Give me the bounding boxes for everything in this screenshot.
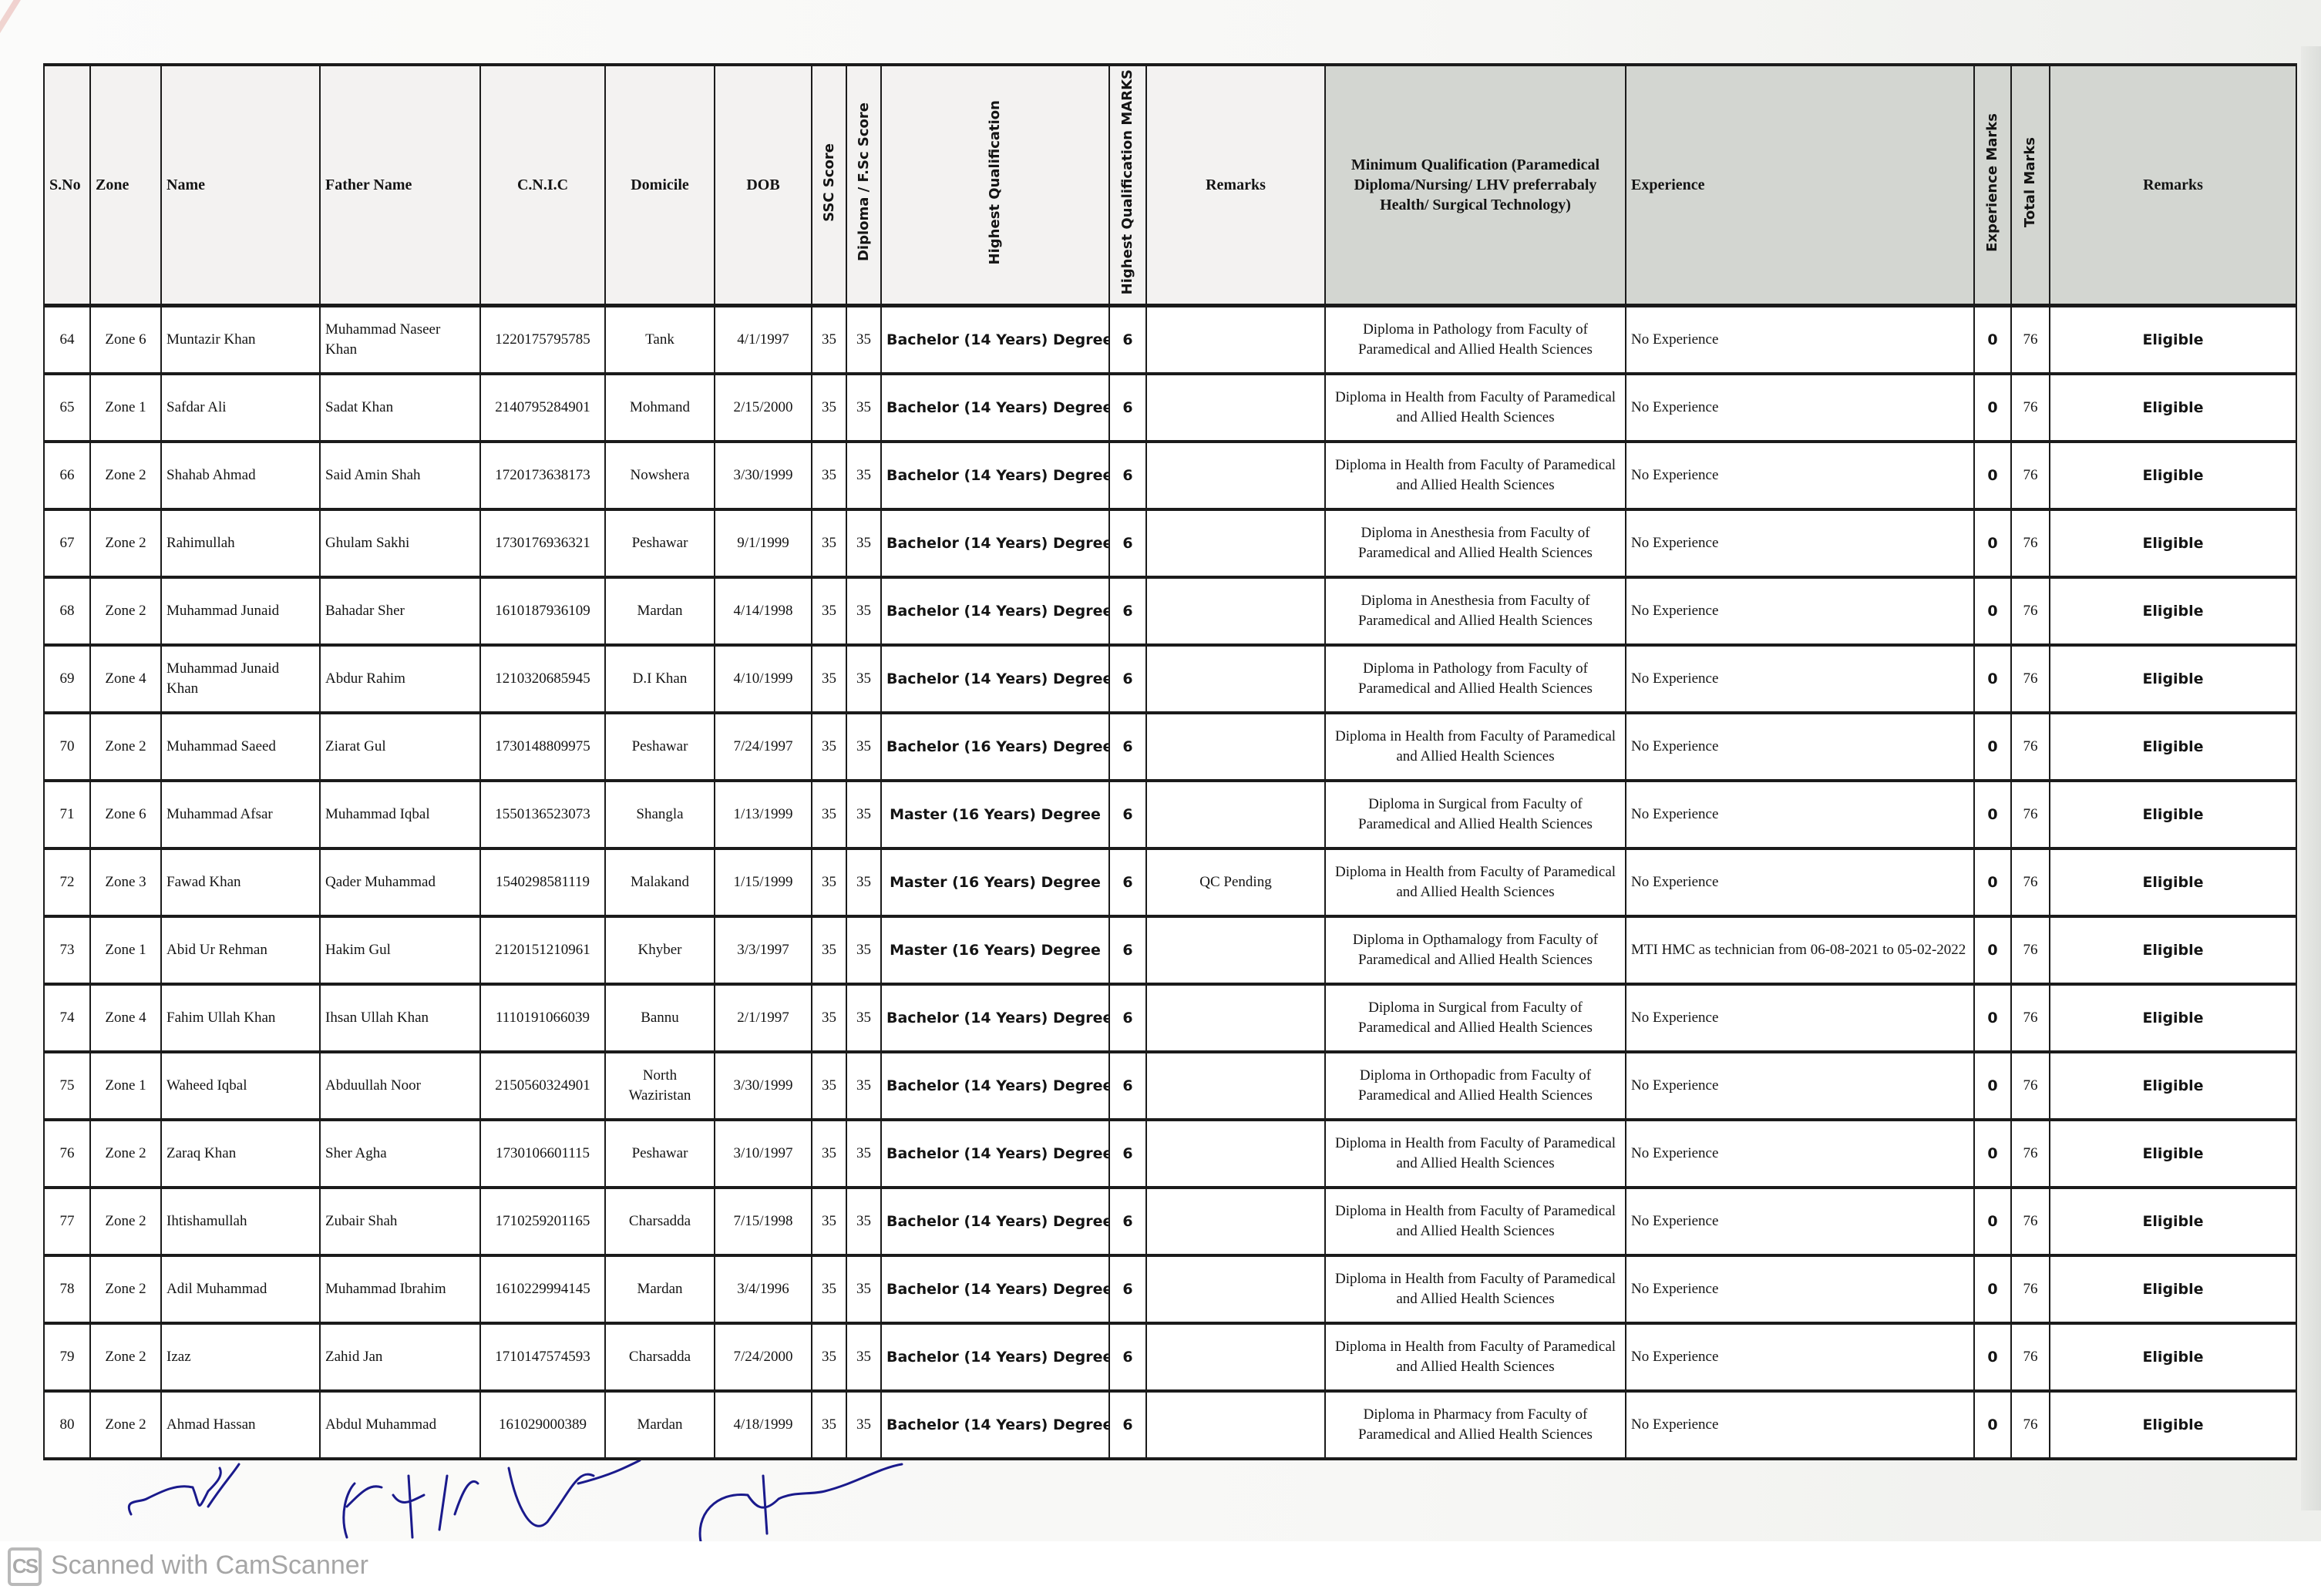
cell-zone: Zone 2 <box>90 1255 161 1323</box>
cell-highest-qualification-marks: 6 <box>1109 374 1146 442</box>
cell-ssc-score: 35 <box>812 781 846 848</box>
cell-experience-marks: 0 <box>1974 645 2011 713</box>
cell-dob: 1/15/1999 <box>715 848 812 916</box>
cell-highest-qualification: Bachelor (14 Years) Degree <box>881 577 1109 645</box>
cell-domicile: D.I Khan <box>605 645 715 713</box>
cell-diploma-fsc-score: 35 <box>846 374 881 442</box>
cell-ssc-score: 35 <box>812 713 846 781</box>
cell-domicile: Peshawar <box>605 713 715 781</box>
cell-remarks-2: Eligible <box>2050 509 2296 577</box>
cell-name: Adil Muhammad <box>161 1255 320 1323</box>
col-header-highest-qualification-marks-label: Highest Qualification MARKS <box>1118 69 1138 294</box>
cell-remarks-1 <box>1146 645 1325 713</box>
cell-name: Ahmad Hassan <box>161 1391 320 1459</box>
table-row: 78Zone 2Adil MuhammadMuhammad Ibrahim161… <box>44 1255 2296 1323</box>
table-body: 64Zone 6Muntazir KhanMuhammad Naseer Kha… <box>44 306 2296 1460</box>
col-header-minimum-qualification: Minimum Qualification (Paramedical Diplo… <box>1325 65 1626 306</box>
cell-total-marks: 76 <box>2011 916 2050 984</box>
signature-strokes <box>129 1460 902 1545</box>
cell-sno: 77 <box>44 1188 90 1255</box>
cell-remarks-1 <box>1146 1120 1325 1188</box>
table-row: 67Zone 2RahimullahGhulam Sakhi1730176936… <box>44 509 2296 577</box>
cell-remarks-2: Eligible <box>2050 848 2296 916</box>
col-header-cnic: C.N.I.C <box>480 65 605 306</box>
cell-sno: 80 <box>44 1391 90 1459</box>
cell-zone: Zone 2 <box>90 1323 161 1391</box>
signature-2 <box>344 1476 478 1537</box>
cell-experience: No Experience <box>1626 442 1974 509</box>
cell-highest-qualification: Bachelor (16 Years) Degree <box>881 713 1109 781</box>
cell-name: Shahab Ahmad <box>161 442 320 509</box>
cell-dob: 4/18/1999 <box>715 1391 812 1459</box>
cell-dob: 7/24/1997 <box>715 713 812 781</box>
signatures <box>116 1460 964 1545</box>
cell-zone: Zone 2 <box>90 1188 161 1255</box>
cell-minimum-qualification: Diploma in Health from Faculty of Parame… <box>1325 713 1626 781</box>
cell-ssc-score: 35 <box>812 848 846 916</box>
cell-highest-qualification-marks: 6 <box>1109 1391 1146 1459</box>
cell-name: Waheed Iqbal <box>161 1052 320 1120</box>
cell-zone: Zone 6 <box>90 781 161 848</box>
col-header-remarks: Remarks <box>1146 65 1325 306</box>
cell-experience: No Experience <box>1626 713 1974 781</box>
cell-experience: No Experience <box>1626 509 1974 577</box>
table-row: 71Zone 6Muhammad AfsarMuhammad Iqbal1550… <box>44 781 2296 848</box>
cell-experience-marks: 0 <box>1974 1323 2011 1391</box>
cell-diploma-fsc-score: 35 <box>846 713 881 781</box>
cell-domicile: Bannu <box>605 984 715 1052</box>
cell-name: Fahim Ullah Khan <box>161 984 320 1052</box>
cell-experience-marks: 0 <box>1974 916 2011 984</box>
cell-total-marks: 76 <box>2011 984 2050 1052</box>
cell-diploma-fsc-score: 35 <box>846 1120 881 1188</box>
cell-domicile: Malakand <box>605 848 715 916</box>
cell-total-marks: 76 <box>2011 1255 2050 1323</box>
cell-remarks-1 <box>1146 781 1325 848</box>
header-row: S.No Zone Name Father Name C.N.I.C Domic… <box>44 65 2296 306</box>
cell-remarks-1 <box>1146 984 1325 1052</box>
cell-experience-marks: 0 <box>1974 1120 2011 1188</box>
cell-remarks-1 <box>1146 306 1325 375</box>
cell-minimum-qualification: Diploma in Health from Faculty of Parame… <box>1325 1255 1626 1323</box>
cell-cnic: 1550136523073 <box>480 781 605 848</box>
cell-experience-marks: 0 <box>1974 848 2011 916</box>
signature-4 <box>700 1464 902 1545</box>
page-edge-shadow <box>2301 46 2321 1510</box>
cell-experience: No Experience <box>1626 1052 1974 1120</box>
cell-remarks-1: QC Pending <box>1146 848 1325 916</box>
cell-ssc-score: 35 <box>812 1255 846 1323</box>
table-row: 66Zone 2Shahab AhmadSaid Amin Shah172017… <box>44 442 2296 509</box>
cell-minimum-qualification: Diploma in Health from Faculty of Parame… <box>1325 374 1626 442</box>
cell-total-marks: 76 <box>2011 1188 2050 1255</box>
cell-domicile: Peshawar <box>605 1120 715 1188</box>
cell-father-name: Abdul Muhammad <box>320 1391 480 1459</box>
col-header-total-marks-label: Total Marks <box>2020 137 2040 227</box>
cell-sno: 78 <box>44 1255 90 1323</box>
cell-experience-marks: 0 <box>1974 713 2011 781</box>
cell-minimum-qualification: Diploma in Health from Faculty of Parame… <box>1325 1120 1626 1188</box>
cell-zone: Zone 2 <box>90 577 161 645</box>
col-header-highest-qualification: Highest Qualification <box>881 65 1109 306</box>
cell-highest-qualification: Bachelor (14 Years) Degree <box>881 374 1109 442</box>
cell-diploma-fsc-score: 35 <box>846 848 881 916</box>
cell-highest-qualification-marks: 6 <box>1109 848 1146 916</box>
cell-dob: 7/24/2000 <box>715 1323 812 1391</box>
cell-highest-qualification: Bachelor (14 Years) Degree <box>881 1323 1109 1391</box>
cell-highest-qualification: Bachelor (14 Years) Degree <box>881 1391 1109 1459</box>
cell-highest-qualification: Bachelor (14 Years) Degree <box>881 1120 1109 1188</box>
cell-diploma-fsc-score: 35 <box>846 442 881 509</box>
cell-name: Muhammad Junaid <box>161 577 320 645</box>
cell-experience: No Experience <box>1626 1255 1974 1323</box>
cell-domicile: North Waziristan <box>605 1052 715 1120</box>
cell-minimum-qualification: Diploma in Anesthesia from Faculty of Pa… <box>1325 577 1626 645</box>
col-header-name: Name <box>161 65 320 306</box>
cell-remarks-2: Eligible <box>2050 1255 2296 1323</box>
cell-domicile: Mardan <box>605 1391 715 1459</box>
cell-cnic: 1210320685945 <box>480 645 605 713</box>
cell-total-marks: 76 <box>2011 306 2050 375</box>
cell-dob: 2/15/2000 <box>715 374 812 442</box>
cell-minimum-qualification: Diploma in Health from Faculty of Parame… <box>1325 1188 1626 1255</box>
cell-domicile: Charsadda <box>605 1323 715 1391</box>
cell-remarks-2: Eligible <box>2050 306 2296 375</box>
cell-experience: No Experience <box>1626 374 1974 442</box>
cell-highest-qualification: Bachelor (14 Years) Degree <box>881 1188 1109 1255</box>
cell-cnic: 2140795284901 <box>480 374 605 442</box>
cell-minimum-qualification: Diploma in Health from Faculty of Parame… <box>1325 848 1626 916</box>
cell-name: Fawad Khan <box>161 848 320 916</box>
cell-cnic: 1110191066039 <box>480 984 605 1052</box>
cell-zone: Zone 4 <box>90 645 161 713</box>
cell-sno: 79 <box>44 1323 90 1391</box>
signature-3 <box>509 1460 640 1526</box>
col-header-diploma-score-label: Diploma / F.Sc Score <box>854 102 874 261</box>
cell-remarks-2: Eligible <box>2050 1188 2296 1255</box>
cell-remarks-1 <box>1146 509 1325 577</box>
cell-diploma-fsc-score: 35 <box>846 916 881 984</box>
cell-experience: No Experience <box>1626 1120 1974 1188</box>
cell-name: Izaz <box>161 1323 320 1391</box>
cell-highest-qualification-marks: 6 <box>1109 1255 1146 1323</box>
cell-cnic: 1540298581119 <box>480 848 605 916</box>
cell-name: Abid Ur Rehman <box>161 916 320 984</box>
cell-name: Zaraq Khan <box>161 1120 320 1188</box>
cell-highest-qualification: Master (16 Years) Degree <box>881 916 1109 984</box>
cell-domicile: Mardan <box>605 577 715 645</box>
cell-father-name: Muhammad Ibrahim <box>320 1255 480 1323</box>
cell-name: Ihtishamullah <box>161 1188 320 1255</box>
col-header-zone: Zone <box>90 65 161 306</box>
cell-highest-qualification-marks: 6 <box>1109 306 1146 375</box>
cell-remarks-1 <box>1146 577 1325 645</box>
table-row: 77Zone 2IhtishamullahZubair Shah17102592… <box>44 1188 2296 1255</box>
camscanner-text: Scanned with CamScanner <box>51 1551 368 1581</box>
cell-highest-qualification: Master (16 Years) Degree <box>881 781 1109 848</box>
cell-cnic: 1710147574593 <box>480 1323 605 1391</box>
cell-remarks-2: Eligible <box>2050 577 2296 645</box>
cell-highest-qualification: Master (16 Years) Degree <box>881 848 1109 916</box>
cell-remarks-1 <box>1146 442 1325 509</box>
cell-experience: No Experience <box>1626 577 1974 645</box>
cell-cnic: 1730148809975 <box>480 713 605 781</box>
cell-father-name: Ziarat Gul <box>320 713 480 781</box>
cell-minimum-qualification: Diploma in Orthopadic from Faculty of Pa… <box>1325 1052 1626 1120</box>
cell-highest-qualification-marks: 6 <box>1109 916 1146 984</box>
cell-father-name: Sher Agha <box>320 1120 480 1188</box>
cell-highest-qualification: Bachelor (14 Years) Degree <box>881 509 1109 577</box>
cell-cnic: 1610187936109 <box>480 577 605 645</box>
table-row: 73Zone 1Abid Ur RehmanHakim Gul212015121… <box>44 916 2296 984</box>
cell-father-name: Muhammad Naseer Khan <box>320 306 480 375</box>
cell-experience-marks: 0 <box>1974 442 2011 509</box>
cell-sno: 76 <box>44 1120 90 1188</box>
cell-highest-qualification: Bachelor (14 Years) Degree <box>881 306 1109 375</box>
cell-sno: 71 <box>44 781 90 848</box>
cell-father-name: Hakim Gul <box>320 916 480 984</box>
table-row: 72Zone 3Fawad KhanQader Muhammad15402985… <box>44 848 2296 916</box>
col-header-dob: DOB <box>715 65 812 306</box>
cell-remarks-1 <box>1146 1323 1325 1391</box>
cell-remarks-2: Eligible <box>2050 713 2296 781</box>
cell-dob: 7/15/1998 <box>715 1188 812 1255</box>
cell-total-marks: 76 <box>2011 1052 2050 1120</box>
cell-zone: Zone 1 <box>90 1052 161 1120</box>
signature-1 <box>129 1464 239 1514</box>
table-row: 80Zone 2Ahmad HassanAbdul Muhammad161029… <box>44 1391 2296 1459</box>
cell-cnic: 1610229994145 <box>480 1255 605 1323</box>
cell-experience-marks: 0 <box>1974 1391 2011 1459</box>
cell-father-name: Sadat Khan <box>320 374 480 442</box>
cell-highest-qualification-marks: 6 <box>1109 713 1146 781</box>
cell-ssc-score: 35 <box>812 1323 846 1391</box>
cell-experience: MTI HMC as technician from 06-08-2021 to… <box>1626 916 1974 984</box>
col-header-experience-marks: Experience Marks <box>1974 65 2011 306</box>
cell-father-name: Muhammad Iqbal <box>320 781 480 848</box>
cell-zone: Zone 2 <box>90 1120 161 1188</box>
cell-ssc-score: 35 <box>812 374 846 442</box>
col-header-ssc-score: SSC Score <box>812 65 846 306</box>
col-header-experience-marks-label: Experience Marks <box>1983 113 2003 252</box>
cell-highest-qualification: Bachelor (14 Years) Degree <box>881 1255 1109 1323</box>
cell-total-marks: 76 <box>2011 781 2050 848</box>
cell-domicile: Charsadda <box>605 1188 715 1255</box>
cell-experience-marks: 0 <box>1974 984 2011 1052</box>
cell-domicile: Khyber <box>605 916 715 984</box>
cell-remarks-1 <box>1146 1188 1325 1255</box>
cell-highest-qualification-marks: 6 <box>1109 1052 1146 1120</box>
cell-father-name: Ghulam Sakhi <box>320 509 480 577</box>
cell-minimum-qualification: Diploma in Anesthesia from Faculty of Pa… <box>1325 509 1626 577</box>
cell-sno: 70 <box>44 713 90 781</box>
col-header-ssc-score-label: SSC Score <box>819 143 839 222</box>
cell-sno: 67 <box>44 509 90 577</box>
cell-minimum-qualification: Diploma in Health from Faculty of Parame… <box>1325 442 1626 509</box>
cell-dob: 3/30/1999 <box>715 442 812 509</box>
cell-dob: 4/10/1999 <box>715 645 812 713</box>
cell-minimum-qualification: Diploma in Health from Faculty of Parame… <box>1325 1323 1626 1391</box>
cell-cnic: 2150560324901 <box>480 1052 605 1120</box>
cell-name: Muhammad Saeed <box>161 713 320 781</box>
cell-minimum-qualification: Diploma in Surgical from Faculty of Para… <box>1325 984 1626 1052</box>
cell-highest-qualification: Bachelor (14 Years) Degree <box>881 442 1109 509</box>
cell-sno: 74 <box>44 984 90 1052</box>
cell-experience: No Experience <box>1626 1323 1974 1391</box>
cell-diploma-fsc-score: 35 <box>846 1391 881 1459</box>
cell-ssc-score: 35 <box>812 306 846 375</box>
cell-remarks-2: Eligible <box>2050 916 2296 984</box>
col-header-highest-qualification-marks: Highest Qualification MARKS <box>1109 65 1146 306</box>
cell-cnic: 2120151210961 <box>480 916 605 984</box>
cell-domicile: Shangla <box>605 781 715 848</box>
cell-dob: 3/3/1997 <box>715 916 812 984</box>
col-header-sno: S.No <box>44 65 90 306</box>
col-header-diploma-score: Diploma / F.Sc Score <box>846 65 881 306</box>
cell-zone: Zone 2 <box>90 1391 161 1459</box>
cell-remarks-2: Eligible <box>2050 1052 2296 1120</box>
cell-experience: No Experience <box>1626 306 1974 375</box>
cell-diploma-fsc-score: 35 <box>846 509 881 577</box>
cell-sno: 68 <box>44 577 90 645</box>
cell-experience: No Experience <box>1626 1188 1974 1255</box>
cell-total-marks: 76 <box>2011 713 2050 781</box>
cell-remarks-2: Eligible <box>2050 984 2296 1052</box>
table-row: 70Zone 2Muhammad SaeedZiarat Gul17301488… <box>44 713 2296 781</box>
cell-experience-marks: 0 <box>1974 509 2011 577</box>
cell-name: Muhammad Junaid Khan <box>161 645 320 713</box>
table-row: 68Zone 2Muhammad JunaidBahadar Sher16101… <box>44 577 2296 645</box>
cell-total-marks: 76 <box>2011 577 2050 645</box>
cell-total-marks: 76 <box>2011 509 2050 577</box>
cell-highest-qualification-marks: 6 <box>1109 1120 1146 1188</box>
cell-sno: 66 <box>44 442 90 509</box>
cell-name: Muntazir Khan <box>161 306 320 375</box>
cell-remarks-2: Eligible <box>2050 645 2296 713</box>
candidates-table: S.No Zone Name Father Name C.N.I.C Domic… <box>43 63 2297 1460</box>
cell-experience-marks: 0 <box>1974 374 2011 442</box>
table-row: 69Zone 4Muhammad Junaid KhanAbdur Rahim1… <box>44 645 2296 713</box>
cell-domicile: Nowshera <box>605 442 715 509</box>
cell-dob: 9/1/1999 <box>715 509 812 577</box>
table-row: 76Zone 2Zaraq KhanSher Agha1730106601115… <box>44 1120 2296 1188</box>
cell-name: Safdar Ali <box>161 374 320 442</box>
cell-sno: 69 <box>44 645 90 713</box>
cell-highest-qualification-marks: 6 <box>1109 509 1146 577</box>
cell-highest-qualification-marks: 6 <box>1109 781 1146 848</box>
cell-diploma-fsc-score: 35 <box>846 645 881 713</box>
cell-remarks-1 <box>1146 374 1325 442</box>
cell-ssc-score: 35 <box>812 509 846 577</box>
cell-ssc-score: 35 <box>812 1391 846 1459</box>
cell-zone: Zone 1 <box>90 916 161 984</box>
table-row: 65Zone 1Safdar AliSadat Khan214079528490… <box>44 374 2296 442</box>
cell-diploma-fsc-score: 35 <box>846 1323 881 1391</box>
cell-remarks-2: Eligible <box>2050 781 2296 848</box>
camscanner-watermark: CS Scanned with CamScanner <box>0 1541 2321 1596</box>
cell-father-name: Zahid Jan <box>320 1323 480 1391</box>
cell-sno: 65 <box>44 374 90 442</box>
cell-dob: 1/13/1999 <box>715 781 812 848</box>
cell-minimum-qualification: Diploma in Pathology from Faculty of Par… <box>1325 306 1626 375</box>
cell-diploma-fsc-score: 35 <box>846 577 881 645</box>
cell-zone: Zone 1 <box>90 374 161 442</box>
cell-father-name: Bahadar Sher <box>320 577 480 645</box>
col-header-experience: Experience <box>1626 65 1974 306</box>
cell-experience-marks: 0 <box>1974 1255 2011 1323</box>
cell-highest-qualification-marks: 6 <box>1109 1323 1146 1391</box>
cell-minimum-qualification: Diploma in Surgical from Faculty of Para… <box>1325 781 1626 848</box>
col-header-highest-qualification-label: Highest Qualification <box>985 100 1005 264</box>
cell-cnic: 1220175795785 <box>480 306 605 375</box>
cell-total-marks: 76 <box>2011 848 2050 916</box>
cell-dob: 3/4/1996 <box>715 1255 812 1323</box>
cell-highest-qualification: Bachelor (14 Years) Degree <box>881 645 1109 713</box>
cell-zone: Zone 4 <box>90 984 161 1052</box>
cell-remarks-1 <box>1146 1255 1325 1323</box>
cell-father-name: Abdur Rahim <box>320 645 480 713</box>
cell-sno: 75 <box>44 1052 90 1120</box>
cell-remarks-1 <box>1146 1052 1325 1120</box>
cell-ssc-score: 35 <box>812 645 846 713</box>
cell-total-marks: 76 <box>2011 645 2050 713</box>
cell-zone: Zone 6 <box>90 306 161 375</box>
cell-domicile: Mohmand <box>605 374 715 442</box>
cell-diploma-fsc-score: 35 <box>846 781 881 848</box>
cell-zone: Zone 2 <box>90 713 161 781</box>
cell-domicile: Peshawar <box>605 509 715 577</box>
cell-zone: Zone 3 <box>90 848 161 916</box>
cell-dob: 4/14/1998 <box>715 577 812 645</box>
cell-experience: No Experience <box>1626 781 1974 848</box>
cell-remarks-2: Eligible <box>2050 442 2296 509</box>
cell-experience-marks: 0 <box>1974 577 2011 645</box>
cell-experience: No Experience <box>1626 848 1974 916</box>
cell-minimum-qualification: Diploma in Pharmacy from Faculty of Para… <box>1325 1391 1626 1459</box>
cell-experience-marks: 0 <box>1974 1188 2011 1255</box>
cell-cnic: 1730176936321 <box>480 509 605 577</box>
table-row: 74Zone 4Fahim Ullah KhanIhsan Ullah Khan… <box>44 984 2296 1052</box>
cell-total-marks: 76 <box>2011 1120 2050 1188</box>
cell-ssc-score: 35 <box>812 1188 846 1255</box>
cell-highest-qualification: Bachelor (14 Years) Degree <box>881 1052 1109 1120</box>
cell-remarks-1 <box>1146 713 1325 781</box>
cell-ssc-score: 35 <box>812 1120 846 1188</box>
cell-highest-qualification-marks: 6 <box>1109 442 1146 509</box>
col-header-domicile: Domicile <box>605 65 715 306</box>
cell-diploma-fsc-score: 35 <box>846 306 881 375</box>
cell-cnic: 1710259201165 <box>480 1188 605 1255</box>
cell-remarks-2: Eligible <box>2050 1323 2296 1391</box>
cell-father-name: Said Amin Shah <box>320 442 480 509</box>
cell-minimum-qualification: Diploma in Opthamalogy from Faculty of P… <box>1325 916 1626 984</box>
cell-highest-qualification-marks: 6 <box>1109 1188 1146 1255</box>
cell-diploma-fsc-score: 35 <box>846 984 881 1052</box>
col-header-total-marks: Total Marks <box>2011 65 2050 306</box>
cell-domicile: Mardan <box>605 1255 715 1323</box>
cell-ssc-score: 35 <box>812 916 846 984</box>
cell-zone: Zone 2 <box>90 509 161 577</box>
cell-father-name: Ihsan Ullah Khan <box>320 984 480 1052</box>
cell-experience-marks: 0 <box>1974 1052 2011 1120</box>
camscanner-logo-icon: CS <box>8 1547 42 1586</box>
col-header-father-name: Father Name <box>320 65 480 306</box>
table-row: 75Zone 1Waheed IqbalAbduullah Noor215056… <box>44 1052 2296 1120</box>
cell-highest-qualification-marks: 6 <box>1109 577 1146 645</box>
cell-sno: 73 <box>44 916 90 984</box>
cell-father-name: Zubair Shah <box>320 1188 480 1255</box>
cell-experience: No Experience <box>1626 984 1974 1052</box>
